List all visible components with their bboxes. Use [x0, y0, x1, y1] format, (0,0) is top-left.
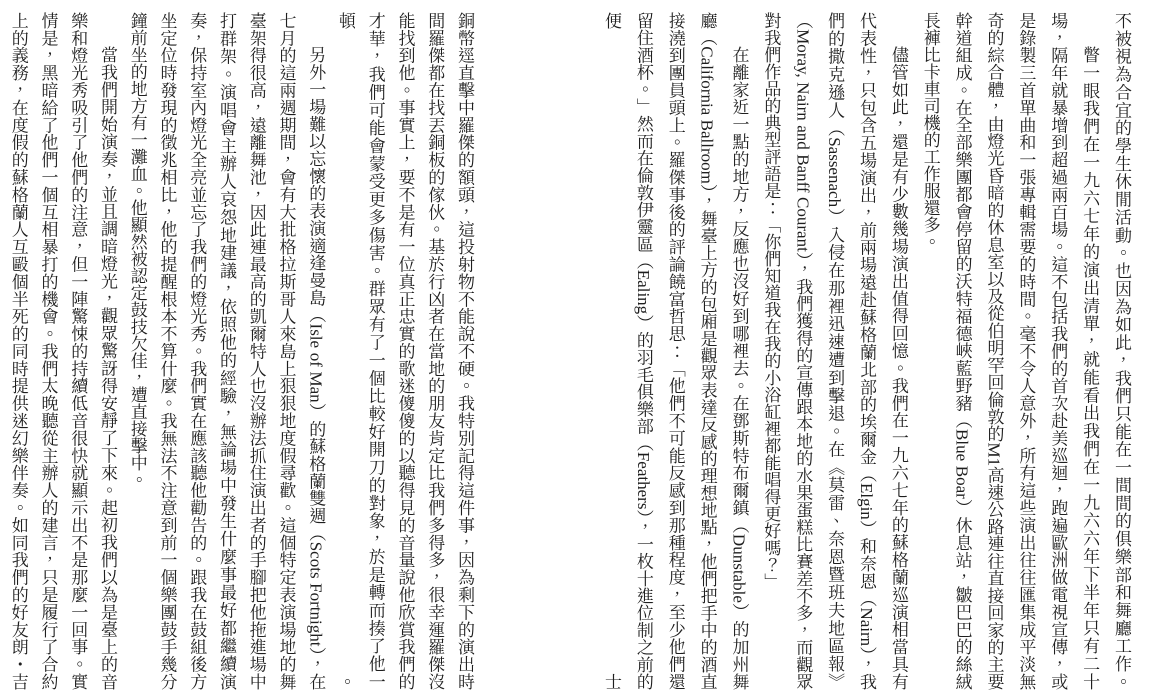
- paragraph: 不被視為合宜的學生休閒活動。也因為如此，我們只能在一間間的俱樂部和舞廳工作。: [1105, 12, 1137, 690]
- paragraph: 銅幣逕直擊中羅傑的額頭，這投射物不能說不硬。我特別記得這件事，因為剩下的演出時間…: [330, 12, 479, 690]
- book-spread: 不被視為合宜的學生休閒活動。也因為如此，我們只能在一間間的俱樂部和舞廳工作。 瞥…: [0, 0, 1154, 698]
- paragraph: 瞥一眼我們在一九六七年的演出清單，就能看出我們在一九六六年下半年只有二十場，隔年…: [914, 12, 1105, 690]
- paragraph: 儘管如此，還是有少數幾場演出值得回憶。我們在一九六七年的蘇格蘭巡演相當具有代表性…: [755, 12, 914, 690]
- paragraph: 在離家近一點的地方，反應也沒好到哪裡去。在鄧斯特布爾鎮（Dunstable）的加…: [595, 12, 754, 690]
- page-left: 銅幣逕直擊中羅傑的額頭，這投射物不能說不硬。我特別記得這件事，因為剩下的演出時間…: [3, 12, 479, 690]
- paragraph: 另外一場難以忘懷的表演適逢曼島（Isle of Man）的蘇格蘭雙週（Scots…: [122, 12, 330, 690]
- paragraph: 當我們開始演奏，並且調暗燈光，觀眾驚訝得安靜了下來。起初我們以為是臺上的音樂和燈…: [0, 12, 122, 690]
- page-right: 不被視為合宜的學生休閒活動。也因為如此，我們只能在一間間的俱樂部和舞廳工作。 瞥…: [627, 12, 1137, 690]
